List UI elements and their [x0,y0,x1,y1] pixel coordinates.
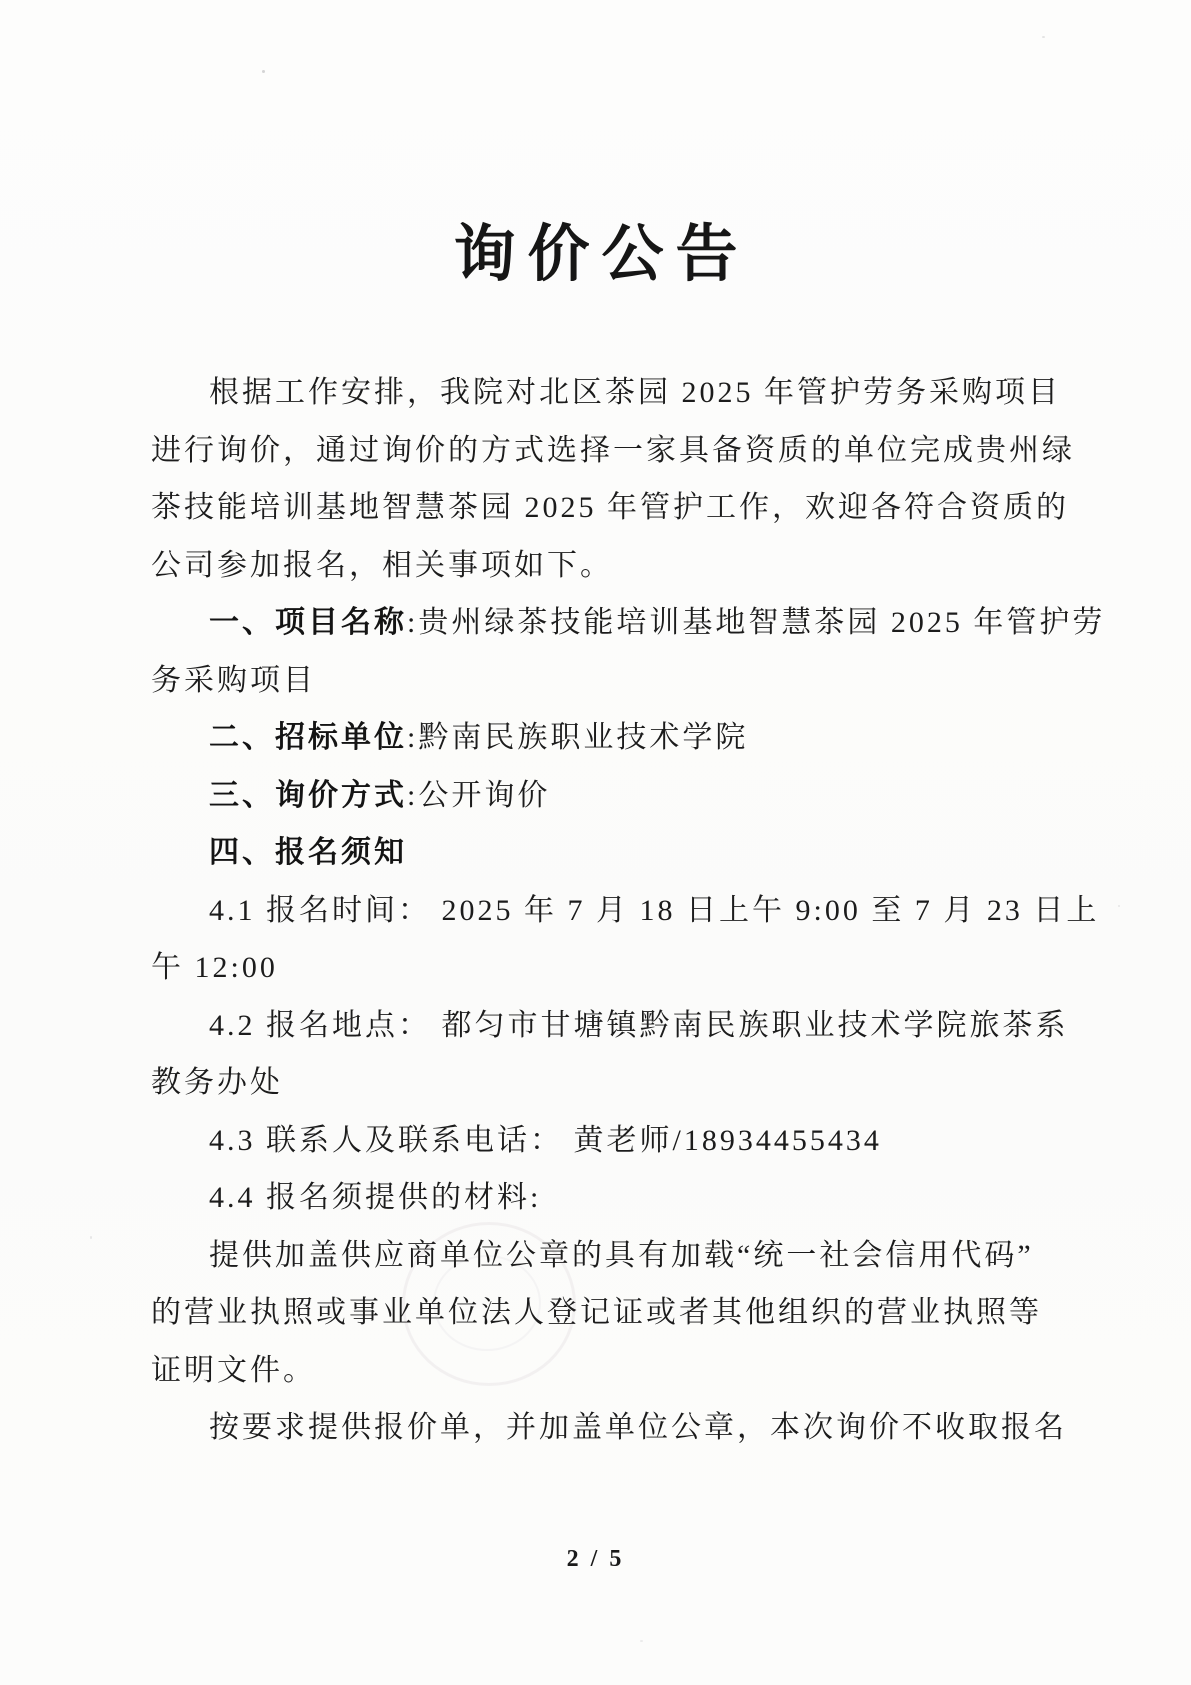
line-text: 提供加盖供应商单位公章的具有加载“统一社会信用代码” [209,1239,1034,1272]
line-text: 务采购项目 [151,664,316,697]
scan-speck [262,70,265,73]
text-line: 的营业执照或事业单位法人登记证或者其他组织的营业执照等 [151,1284,1065,1342]
line-text: 根据工作安排，我院对北区茶园 2025 年管护劳务采购项目 [209,376,1061,409]
line-text: 4.1 报名时间： 2025 年 7 月 18 日上午 9:00 至 7 月 2… [209,894,1099,927]
text-line: 证明文件。 [151,1342,1065,1400]
scan-speck [1118,905,1120,907]
line-text: 4.2 报名地点： 都匀市甘塘镇黔南民族职业技术学院旅茶系 [209,1009,1069,1042]
text-line: 教务办处 [151,1054,1065,1112]
line-text: :黔南民族职业技术学院 [407,721,748,754]
text-line: 务采购项目 [151,652,1065,710]
document-body: 根据工作安排，我院对北区茶园 2025 年管护劳务采购项目 进行询价，通过询价的… [151,364,1065,1457]
text-line: 按要求提供报价单，并加盖单位公章，本次询价不收取报名 [151,1399,1065,1457]
section-heading-label: 四、报名须知 [209,836,407,869]
line-text: :公开询价 [407,779,550,812]
text-line: 午 12:00 [151,939,1065,997]
text-line: 进行询价，通过询价的方式选择一家具备资质的单位完成贵州绿 [151,422,1065,480]
text-line-section-1: 一、项目名称:贵州绿茶技能培训基地智慧茶园 2025 年管护劳 [151,594,1065,652]
section-heading-label: 二、招标单位 [209,721,407,754]
scan-speck [640,1640,643,1642]
section-heading-label: 三、询价方式 [209,779,407,812]
text-line: 4.3 联系人及联系电话： 黄老师/18934455434 [151,1112,1065,1170]
document-title: 询价公告 [0,204,1191,293]
line-text: :贵州绿茶技能培训基地智慧茶园 2025 年管护劳 [407,606,1105,639]
text-line: 4.4 报名须提供的材料: [151,1169,1065,1227]
line-text: 证明文件。 [151,1354,316,1387]
line-text: 4.4 报名须提供的材料: [209,1181,541,1214]
line-text: 的营业执照或事业单位法人登记证或者其他组织的营业执照等 [151,1296,1042,1329]
scan-speck [90,1236,92,1239]
text-line-section-2: 二、招标单位:黔南民族职业技术学院 [151,709,1065,767]
line-text: 进行询价，通过询价的方式选择一家具备资质的单位完成贵州绿 [151,434,1075,467]
scan-speck [1042,36,1045,38]
text-line: 提供加盖供应商单位公章的具有加载“统一社会信用代码” [151,1227,1065,1285]
text-line-section-3: 三、询价方式:公开询价 [151,767,1065,825]
text-line: 4.2 报名地点： 都匀市甘塘镇黔南民族职业技术学院旅茶系 [151,997,1065,1055]
text-line: 根据工作安排，我院对北区茶园 2025 年管护劳务采购项目 [151,364,1065,422]
text-line: 茶技能培训基地智慧茶园 2025 年管护工作，欢迎各符合资质的 [151,479,1065,537]
page-number: 2 / 5 [0,1546,1191,1573]
line-text: 教务办处 [151,1066,283,1099]
line-text: 茶技能培训基地智慧茶园 2025 年管护工作，欢迎各符合资质的 [151,491,1069,524]
line-text: 4.3 联系人及联系电话： 黄老师/18934455434 [209,1124,882,1157]
line-text: 按要求提供报价单，并加盖单位公章，本次询价不收取报名 [209,1411,1067,1444]
document-page: 询价公告 根据工作安排，我院对北区茶园 2025 年管护劳务采购项目 进行询价，… [0,0,1191,1685]
text-line: 4.1 报名时间： 2025 年 7 月 18 日上午 9:00 至 7 月 2… [151,882,1065,940]
section-heading-label: 一、项目名称 [209,606,407,639]
text-line: 公司参加报名，相关事项如下。 [151,537,1065,595]
line-text: 公司参加报名，相关事项如下。 [151,549,613,582]
text-line-section-4: 四、报名须知 [151,824,1065,882]
line-text: 午 12:00 [151,951,278,984]
